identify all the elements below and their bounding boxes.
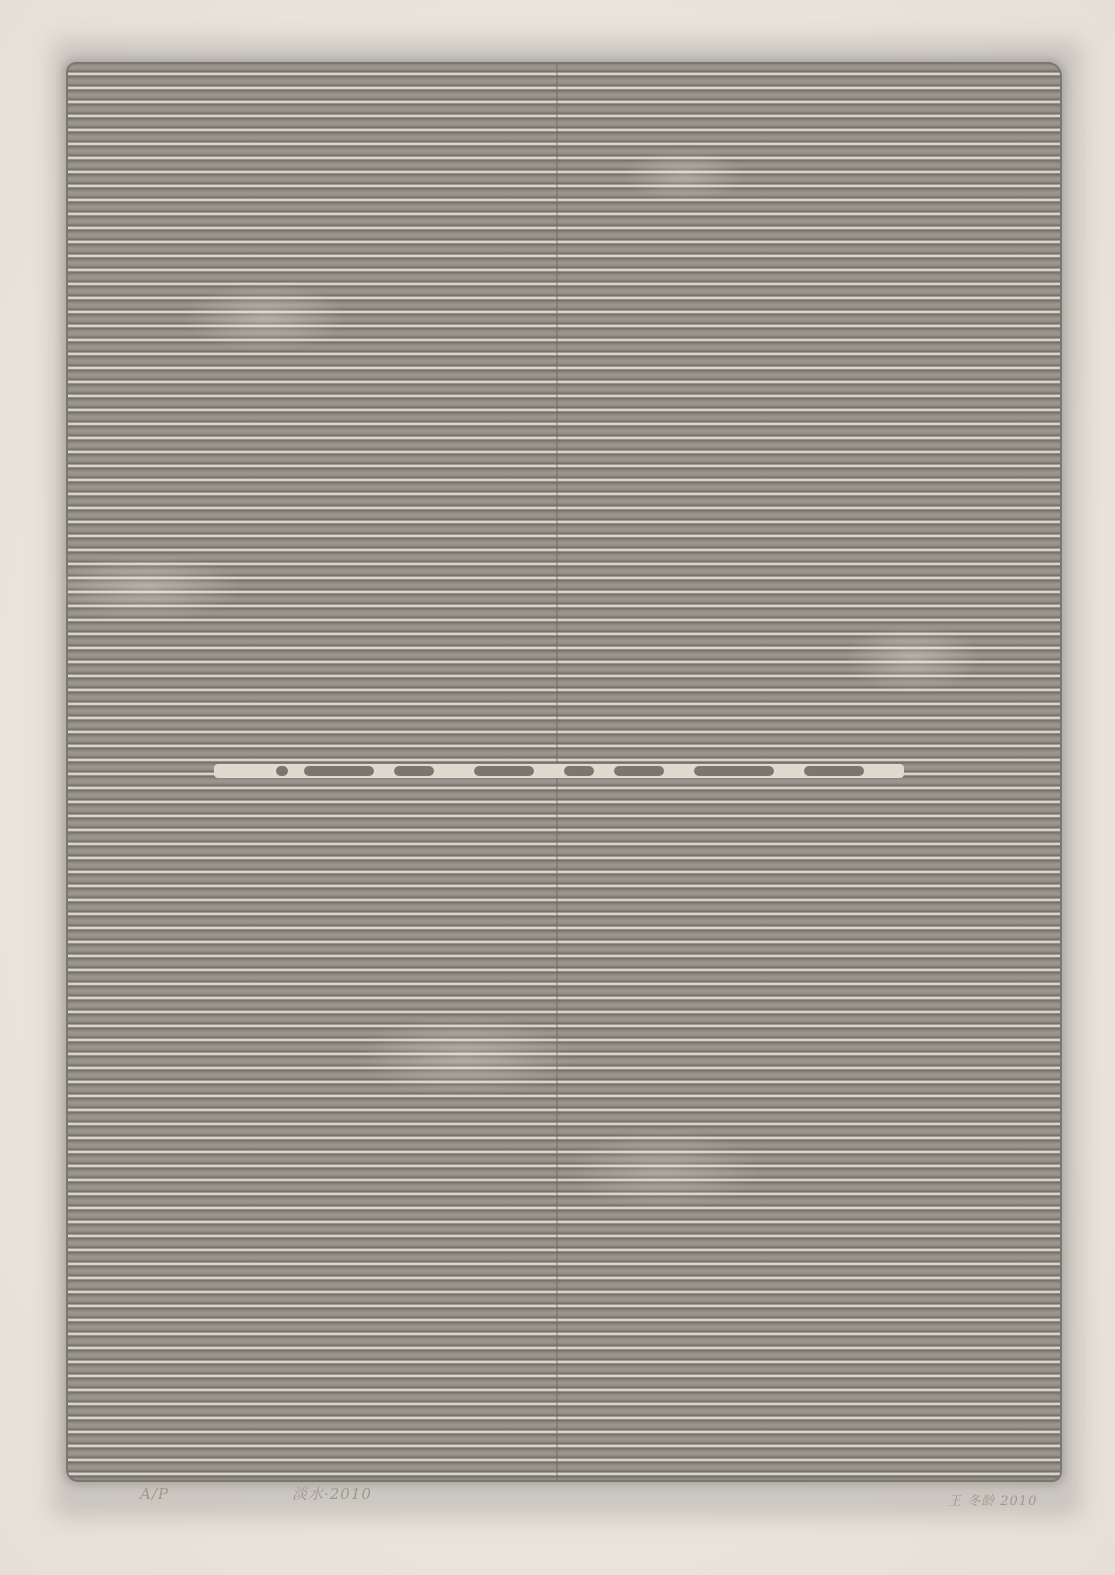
ink-blob (276, 766, 288, 776)
title-inscription: 淡水·2010 (292, 1483, 372, 1504)
ink-blob (474, 766, 534, 776)
ink-blob (694, 766, 774, 776)
ink-blob (394, 766, 434, 776)
center-fold-line (556, 62, 558, 1482)
edition-inscription: A/P (140, 1485, 169, 1503)
ink-blob (564, 766, 594, 776)
artist-signature: 王 冬龄 2010 (948, 1490, 1037, 1509)
ink-blob (614, 766, 664, 776)
light-horizontal-band (214, 764, 904, 778)
ink-blob (804, 766, 864, 776)
ink-blob (304, 766, 374, 776)
ink-artwork (66, 62, 1062, 1482)
